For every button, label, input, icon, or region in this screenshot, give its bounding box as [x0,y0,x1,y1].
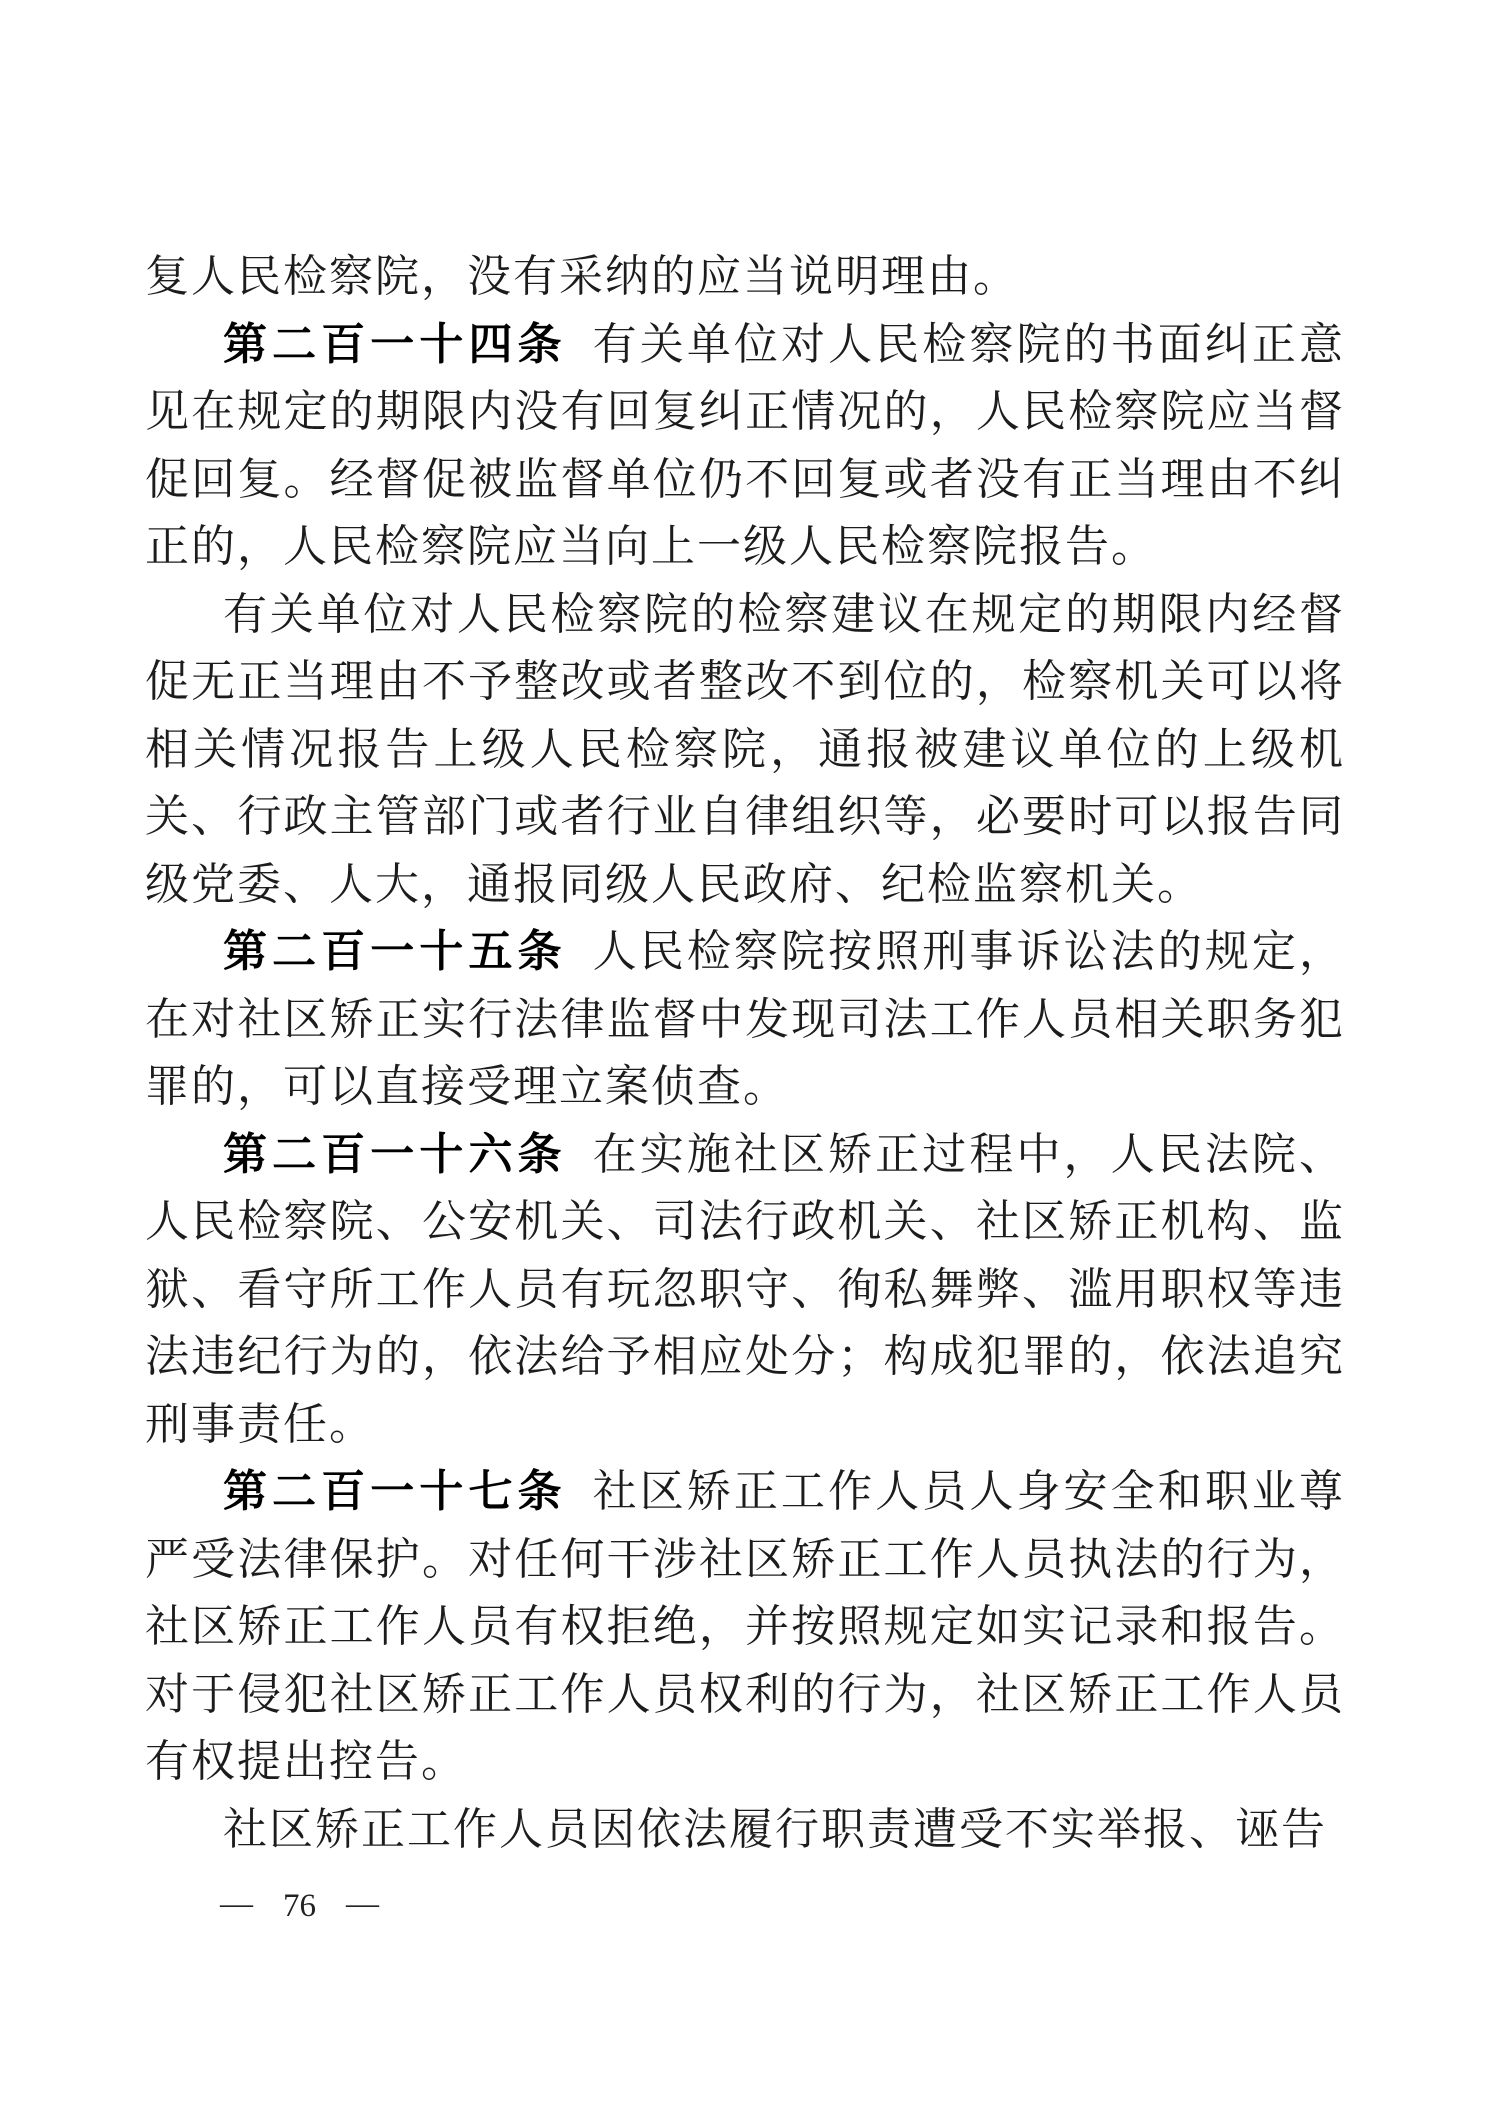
page-footer: — 76 — [220,1888,379,1925]
paragraph-text: 复人民检察院，没有采纳的应当说明理由。 [145,252,1019,301]
paragraph-continuation: 复人民检察院，没有采纳的应当说明理由。 [145,243,1345,311]
paragraph-article-217: 第二百一十七条社区矫正工作人员人身安全和职业尊严受法律保护。对任何干涉社区矫正工… [145,1458,1345,1796]
article-number-216: 第二百一十六条 [223,1130,567,1179]
article-number-214: 第二百一十四条 [223,320,567,369]
footer-dash-left: — [220,1886,253,1923]
paragraph-text: 有关单位对人民检察院的检察建议在规定的期限内经督促无正当理由不予整改或者整改不到… [145,590,1345,909]
paragraph-article-216: 第二百一十六条在实施社区矫正过程中，人民法院、人民检察院、公安机关、司法行政机关… [145,1121,1345,1459]
document-page: 复人民检察院，没有采纳的应当说明理由。 第二百一十四条有关单位对人民检察院的书面… [0,0,1488,2105]
paragraph-plain: 有关单位对人民检察院的检察建议在规定的期限内经督促无正当理由不予整改或者整改不到… [145,581,1345,919]
paragraph-text: 社区矫正工作人员因依法履行职责遭受不实举报、诬告 [223,1805,1327,1854]
paragraph-article-215: 第二百一十五条人民检察院按照刑事诉讼法的规定，在对社区矫正实行法律监督中发现司法… [145,918,1345,1121]
document-body: 复人民检察院，没有采纳的应当说明理由。 第二百一十四条有关单位对人民检察院的书面… [145,243,1345,1863]
article-number-217: 第二百一十七条 [223,1467,567,1516]
article-number-215: 第二百一十五条 [223,927,567,976]
page-number: 76 [283,1888,316,1925]
paragraph-article-214: 第二百一十四条有关单位对人民检察院的书面纠正意见在规定的期限内没有回复纠正情况的… [145,311,1345,581]
footer-dash-right: — [346,1886,379,1923]
paragraph-plain-last: 社区矫正工作人员因依法履行职责遭受不实举报、诬告 [145,1796,1345,1864]
